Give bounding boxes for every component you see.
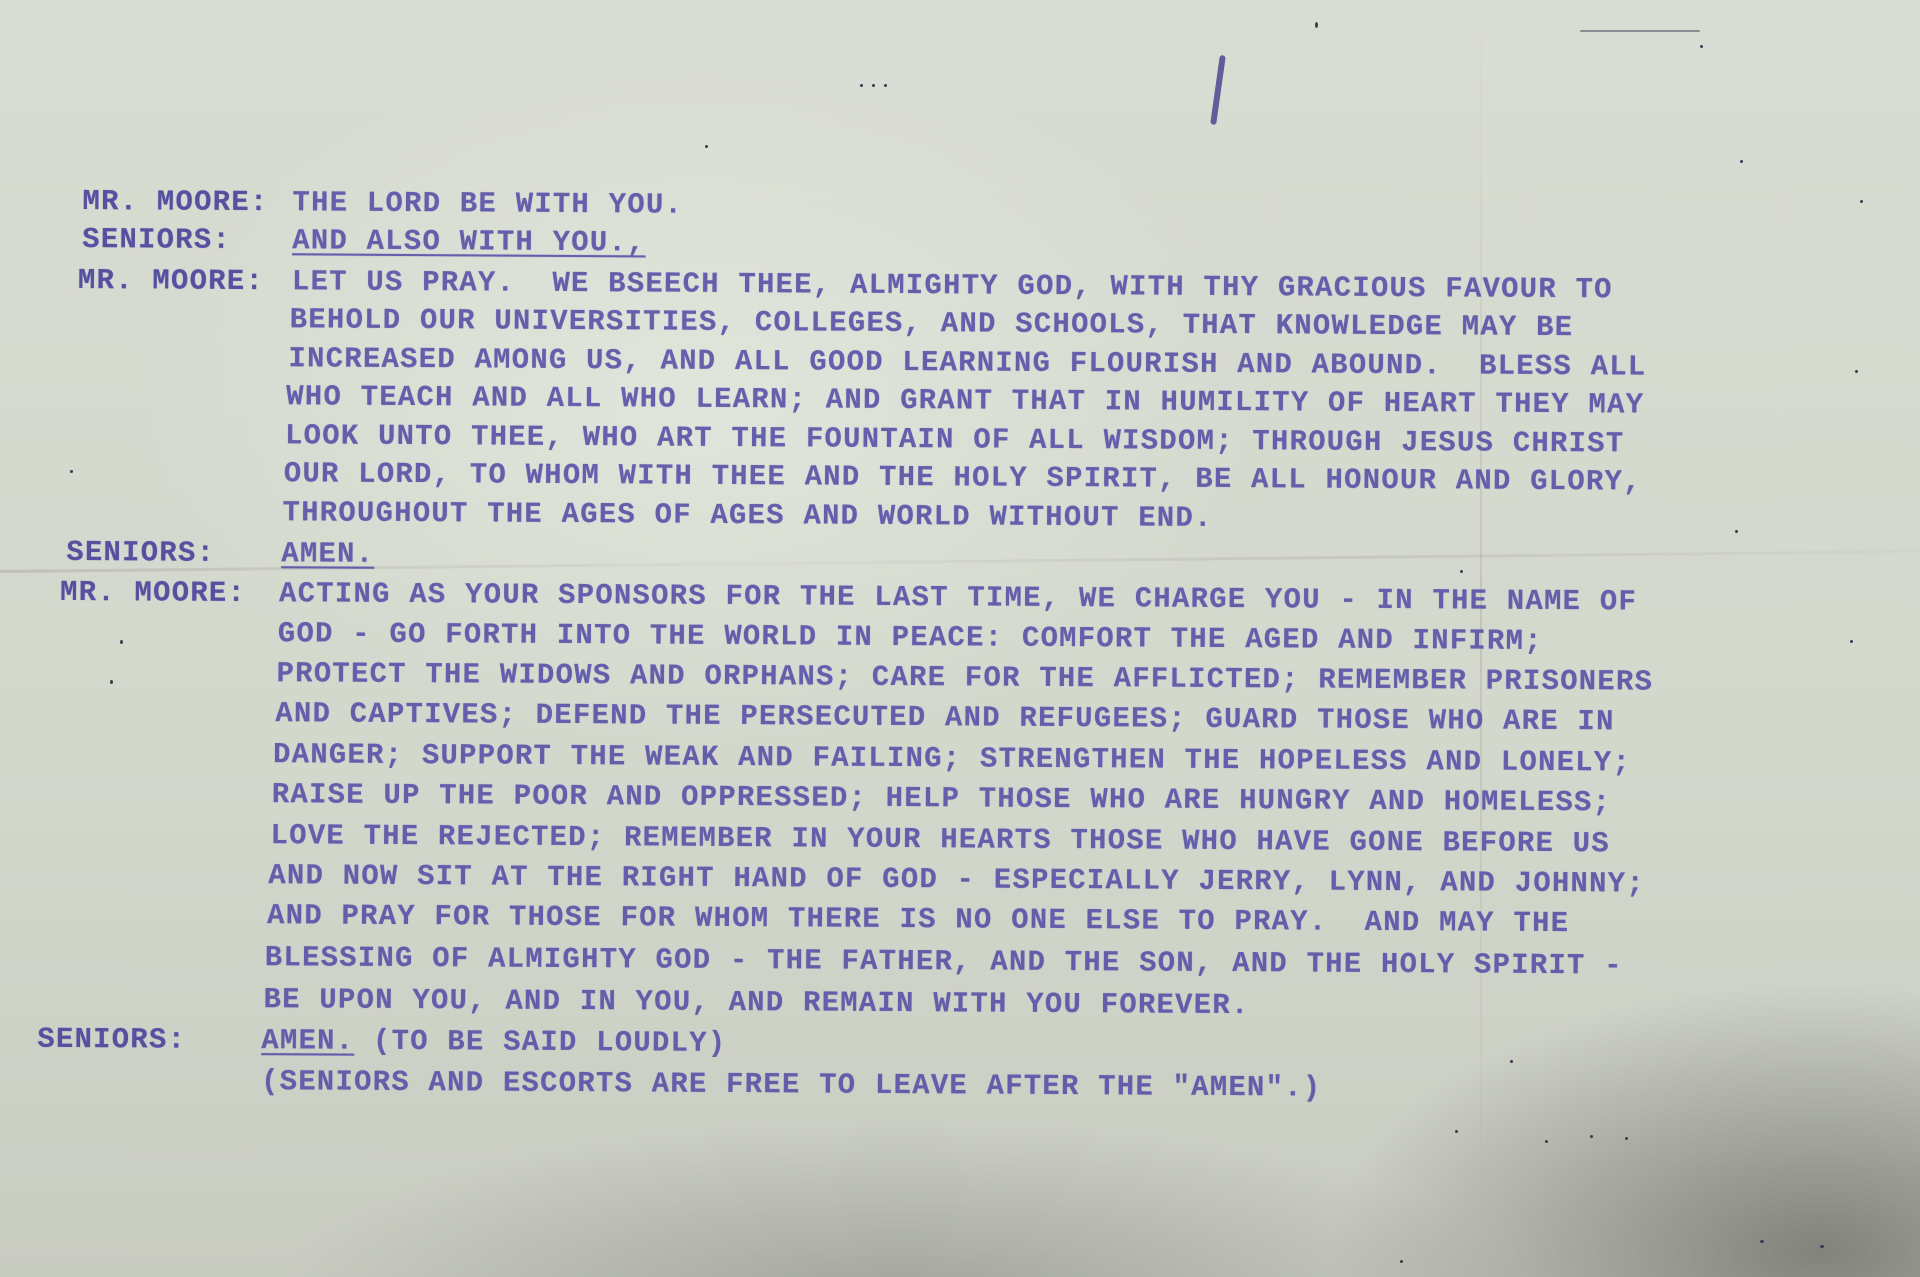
script-line: OUR LORD, TO WHOM WITH THEE AND THE HOLY… — [284, 457, 1642, 498]
dust-speck — [1315, 22, 1318, 28]
script-line: ACTING AS YOUR SPONSORS FOR THE LAST TIM… — [279, 577, 1637, 618]
script-line: INCREASED AMONG US, AND ALL GOOD LEARNIN… — [288, 342, 1646, 383]
dust-speck — [120, 640, 123, 644]
script-line: PROTECT THE WIDOWS AND ORPHANS; CARE FOR… — [276, 657, 1653, 698]
script-line: THE LORD BE WITH YOU. — [292, 186, 683, 221]
dust-speck — [884, 84, 887, 87]
dust-speck — [1510, 1060, 1513, 1063]
script-line: AND CAPTIVES; DEFEND THE PERSECUTED AND … — [275, 697, 1615, 738]
script-line: AND ALSO WITH YOU., — [292, 224, 646, 259]
dust-speck — [1460, 570, 1463, 573]
script-line: GOD - GO FORTH INTO THE WORLD IN PEACE: … — [278, 617, 1543, 658]
speaker-label: SENIORS: — [82, 223, 231, 257]
script-line: AMEN. — [281, 537, 374, 571]
dust-speck — [1625, 1137, 1628, 1140]
script-line: BEHOLD OUR UNIVERSITIES, COLLEGES, AND S… — [290, 303, 1574, 344]
dust-speck — [1455, 1130, 1458, 1133]
script-line: (SENIORS AND ESCORTS ARE FREE TO LEAVE A… — [261, 1065, 1322, 1104]
speaker-label: SENIORS: — [66, 536, 215, 570]
script-line: AMEN. (TO BE SAID LOUDLY) — [261, 1024, 726, 1060]
dust-speck — [860, 84, 863, 87]
speaker-label: MR. MOORE: — [60, 576, 246, 610]
script-line: BLESSING OF ALMIGHTY GOD - THE FATHER, A… — [265, 941, 1623, 982]
script-line: LOOK UNTO THEE, WHO ART THE FOUNTAIN OF … — [285, 419, 1625, 460]
speaker-label: MR. MOORE: — [78, 264, 264, 298]
speaker-label: SENIORS: — [37, 1023, 186, 1057]
dust-speck — [1760, 1240, 1764, 1243]
dust-speck — [1860, 200, 1863, 203]
dust-speck — [1400, 1260, 1403, 1263]
dust-speck — [1590, 1135, 1593, 1138]
dust-speck — [1740, 160, 1743, 163]
dust-speck — [110, 680, 113, 684]
script-line: AND PRAY FOR THOSE FOR WHOM THERE IS NO … — [267, 899, 1569, 940]
dust-speck — [70, 470, 73, 473]
dust-speck — [1580, 30, 1700, 32]
script-line: THROUGHOUT THE AGES OF AGES AND WORLD WI… — [282, 496, 1212, 535]
script-line: LET US PRAY. WE BSEECH THEE, ALMIGHTY GO… — [292, 265, 1613, 306]
script-line: LOVE THE REJECTED; REMEMBER IN YOUR HEAR… — [270, 819, 1610, 860]
script-line: BE UPON YOU, AND IN YOU, AND REMAIN WITH… — [263, 983, 1249, 1022]
dust-speck — [872, 84, 875, 87]
dust-speck — [1855, 370, 1858, 373]
script-line: WHO TEACH AND ALL WHO LEARN; AND GRANT T… — [286, 380, 1644, 421]
dust-speck — [1735, 530, 1738, 533]
script-line: RAISE UP THE POOR AND OPPRESSED; HELP TH… — [272, 778, 1612, 819]
dust-speck — [1545, 1140, 1548, 1143]
dust-speck — [705, 145, 708, 148]
typed-document: MR. MOORE: THE LORD BE WITH YOU. SENIORS… — [0, 0, 1920, 1277]
script-line: AND NOW SIT AT THE RIGHT HAND OF GOD - E… — [268, 859, 1645, 900]
speaker-label: MR. MOORE: — [82, 185, 268, 219]
script-line: DANGER; SUPPORT THE WEAK AND FAILING; ST… — [273, 738, 1631, 779]
dust-speck — [1850, 640, 1853, 643]
dust-speck — [1700, 45, 1703, 48]
dust-speck — [1820, 1245, 1824, 1248]
